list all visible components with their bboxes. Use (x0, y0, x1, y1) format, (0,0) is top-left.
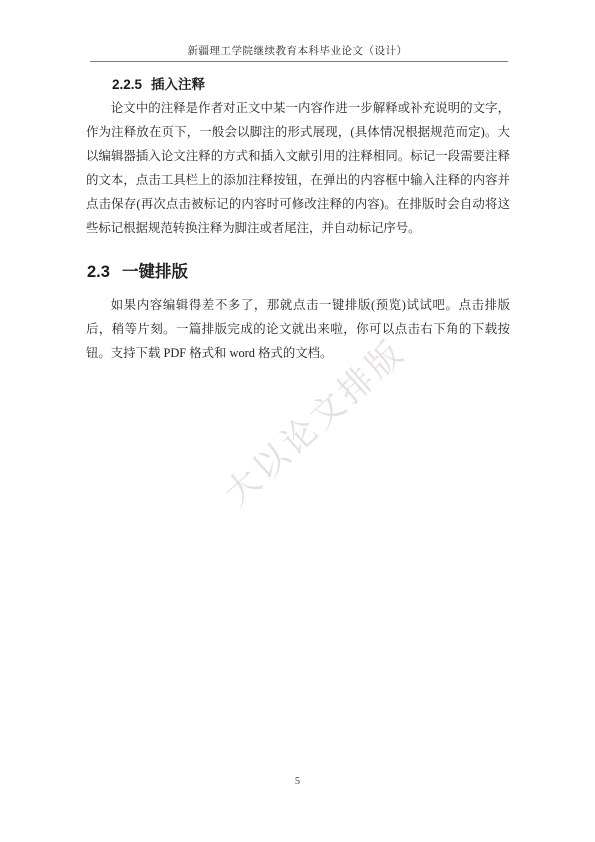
section-title: 插入注释 (151, 77, 205, 92)
header-title: 新疆理工学院继续教育本科毕业论文（设计） (0, 43, 595, 58)
section-number: 2.2.5 (112, 77, 142, 92)
section-number: 2.3 (87, 263, 110, 281)
paragraph-insert-annotation: 论文中的注释是作者对正文中某一内容作进一步解释或补充说明的文字，作为注释放在页下… (86, 96, 510, 240)
header-rule (90, 61, 508, 62)
page-number: 5 (0, 776, 595, 787)
paragraph-one-click-typeset: 如果内容编辑得差不多了，那就点击一键排版(预览)试试吧。点击排版后，稍等片刻。一… (86, 293, 510, 365)
document-page: 新疆理工学院继续教育本科毕业论文（设计） 2.2.5插入注释 论文中的注释是作者… (0, 0, 595, 842)
section-heading-2-3: 2.3一键排版 (87, 258, 188, 282)
section-heading-2-2-5: 2.2.5插入注释 (112, 73, 205, 93)
section-title: 一键排版 (122, 263, 188, 281)
